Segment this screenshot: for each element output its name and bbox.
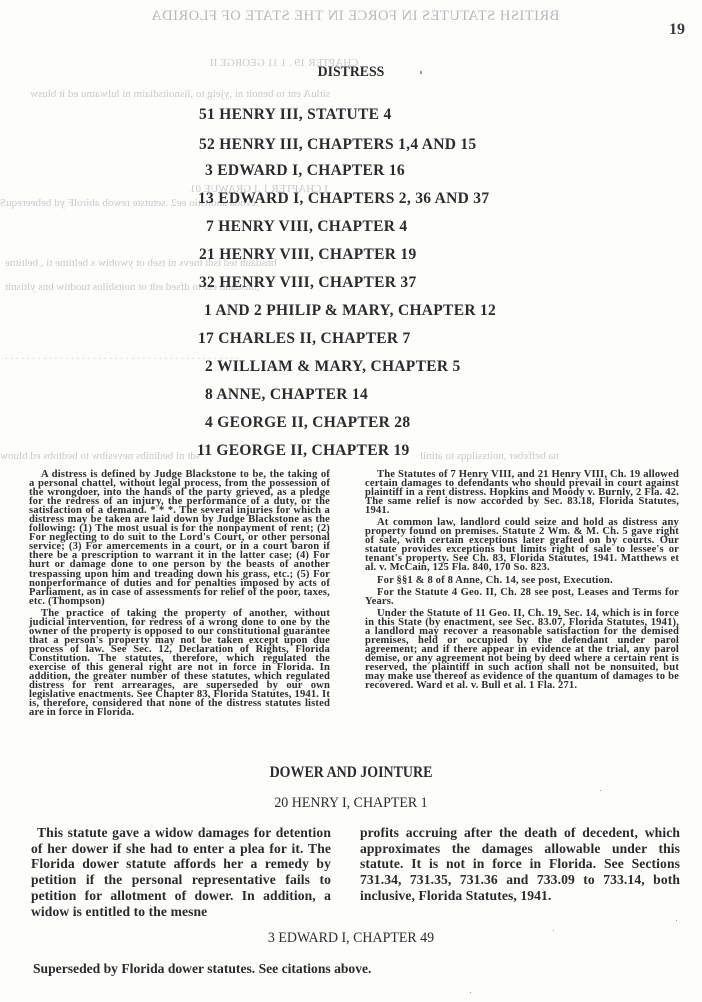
page-number: 19 [669, 21, 685, 39]
statute-heading: 13 EDWARD I, CHAPTERS 2, 36 AND 37 [198, 190, 489, 208]
distress-paragraph: A distress is defined by Judge Blackston… [29, 470, 330, 606]
dower-left-column: This statute gave a widow damages for de… [31, 825, 331, 919]
dower-paragraph: profits accruing after the death of dece… [360, 825, 680, 904]
statute-heading: 3 EDWARD I, CHAPTER 49 [25, 930, 678, 947]
statute-heading: 20 HENRY I, CHAPTER 1 [25, 795, 678, 812]
scan-speckle [676, 920, 677, 921]
distress-paragraph: For §§1 & 8 of 8 Anne, Ch. 14, see post,… [365, 576, 679, 585]
distress-paragraph: For the Statute 4 Geo. II, Ch. 28 see po… [365, 588, 679, 606]
section-title-distress: DISTRESS [28, 64, 674, 81]
scan-speckle [600, 790, 601, 791]
dower-right-column: profits accruing after the death of dece… [360, 825, 680, 904]
distress-right-column: The Statutes of 7 Henry VIII, and 21 Hen… [365, 470, 679, 690]
distress-paragraph: The practice of taking the property of a… [29, 609, 330, 718]
distress-left-column: A distress is defined by Judge Blackston… [29, 470, 330, 717]
bleedthrough-text: na beffeber ,noitssilqqs to atinil [420, 450, 559, 462]
statute-heading: 51 HENRY III, STATUTE 4 [199, 106, 392, 124]
statute-heading: 1 AND 2 PHILIP & MARY, CHAPTER 12 [204, 302, 496, 320]
dower-paragraph: This statute gave a widow damages for de… [31, 825, 331, 919]
scan-speckle [470, 992, 471, 993]
statute-heading: 2 WILLIAM & MARY, CHAPTER 5 [205, 358, 461, 376]
statute-heading: 7 HENRY VIII, CHAPTER 4 [206, 218, 407, 236]
scan-speckle [420, 71, 422, 74]
running-head-bleedthrough: BRITISH STATUTES IN FORCE IN THE STATE O… [140, 8, 570, 25]
statute-heading: 32 HENRY VIII, CHAPTER 37 [199, 274, 417, 292]
dower-note: Superseded by Florida dower statutes. Se… [33, 961, 371, 977]
bleedthrough-text: sitluA ent to benoit ni ,yjeig to ,lisno… [30, 88, 330, 100]
section-title-dower: DOWER AND JOINTURE [35, 764, 667, 782]
scan-speckle [150, 905, 151, 906]
statute-heading: 4 GEORGE II, CHAPTER 28 [205, 414, 410, 432]
distress-paragraph: Under the Statute of 11 Geo. II, Ch. 19,… [365, 609, 679, 690]
statute-heading: 21 HENRY VIII, CHAPTER 19 [199, 246, 417, 264]
statute-heading: 8 ANNE, CHAPTER 14 [205, 386, 368, 404]
statute-heading: 11 GEORGE II, CHAPTER 19 [197, 442, 410, 460]
bleedthrough-text: . . . . . . . . . . . . . . . . . . . . … [5, 350, 239, 362]
scan-speckle [337, 770, 338, 771]
statute-heading: 52 HENRY III, CHAPTERS 1,4 AND 15 [199, 136, 476, 154]
distress-paragraph: At common law, landlord could seize and … [365, 518, 679, 572]
statute-heading: 3 EDWARD I, CHAPTER 16 [205, 162, 405, 180]
distress-paragraph: The Statutes of 7 Henry VIII, and 21 Hen… [365, 470, 679, 515]
document-page: BRITISH STATUTES IN FORCE IN THE STATE O… [0, 0, 702, 1002]
bleedthrough-text: sdt ni bedinibs nevesibw to bedtobs ed b… [0, 450, 200, 462]
statute-heading: 17 CHARLES II, CHAPTER 7 [198, 330, 411, 348]
scan-speckle [553, 930, 554, 931]
